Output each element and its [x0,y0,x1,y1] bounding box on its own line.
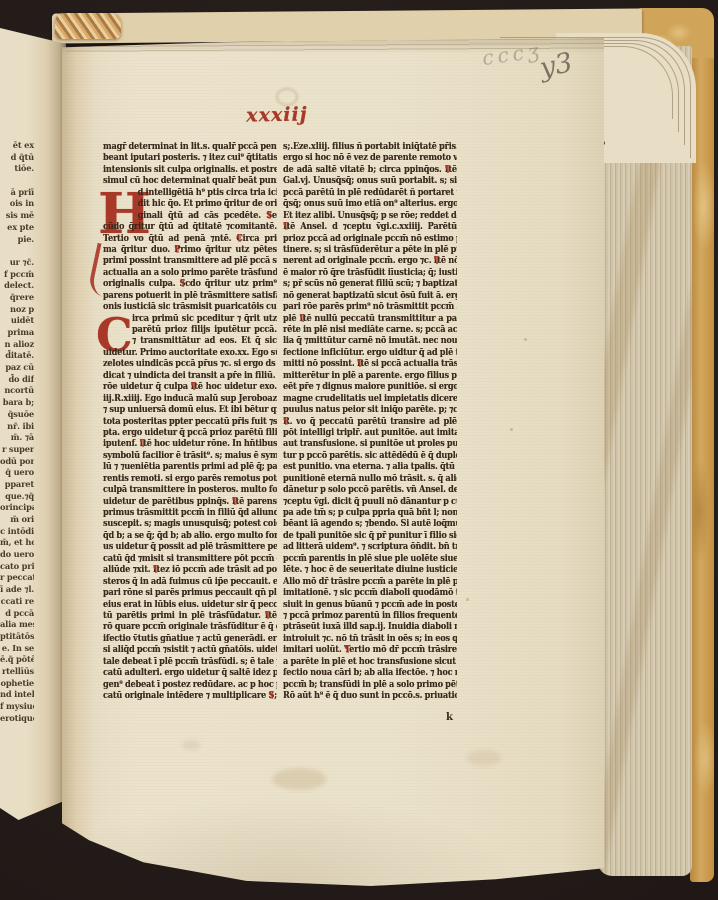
text-line: mitti nō possint. ¶Itē si pccā actualia … [283,359,457,370]
text-line: tota posteritas ppter peccatū pr̄is fuit… [103,417,277,428]
text-line: tur p pccō parētis. sic attēdēdū ē q̄ du… [283,451,457,462]
facing-page-text-fragment: noz p [0,304,34,316]
text-line: actualia an a solo primo parēte trāsfund… [103,268,277,279]
text-line: prioz pccā ad originale pccm̄ nō estimo … [283,234,457,245]
text-line: si aliq̄d pccm̄ ⁊sistit ⁊ actū gn̄atōis.… [103,645,277,656]
facing-page-text-fragment: m̄ ori [0,514,34,526]
foxing-dot [466,598,469,601]
text-line: q̄d b; a se q̄; q̄d b; ab alio. ergo mul… [103,531,277,542]
text-line: tū parētis primi in plē trāsfūdatur. ¶It… [103,611,277,622]
text-line: suscepit. s; magis unusquisq̄; potest co… [103,519,277,530]
facing-page-text-fragment: uidēt [0,315,34,327]
text-line: dicat ⁊ uindicta dei transit a pr̄e in f… [103,371,277,382]
text-line: introiuit ⁊c. nō tn̄ trāsit in oēs s; in… [283,634,457,645]
text-line: ⁊ sup uniuersā domū eius. Et ibi bētur q… [103,405,277,416]
facing-page-text-fragment: delect. [0,280,34,292]
text-line: iputenf. ¶Itē hoc uidetur rōne. In hn̄ti… [103,439,277,450]
photo-background: ēt exd q̄tūtiōe.ā priīois insis mēex pte… [0,0,718,900]
foxing-dot [524,338,527,341]
text-line: magne crudelitatis uel impietatis dicere… [283,394,457,405]
text-line: symbolū facilior ē trāsit⁹. s; maius ē s… [103,451,277,462]
text-line: a parēte in plē et hoc transfusione sicu… [283,657,457,668]
text-line: fectione inficiūtur. ergo uid̄tur q̄ ad … [283,348,457,359]
facing-page-text-fragment: q̄ uero [0,467,34,479]
text-line: parētū prioz filijs iputētur pccā. [103,325,277,336]
facing-page-edge: ēt exd q̄tūtiōe.ā priīois insis mēex pte… [0,24,66,820]
text-line: onis iusticiā sic trāsmisit puaricatōis … [103,302,277,313]
facing-page-text-fragment: ncortū [0,385,34,397]
text-line: bēant iā agendo s; ⁊bendo. Si autē loq̄m… [283,519,457,530]
text-line: originalis culpa. ¶Scd̄o q̄ritur utz pri… [103,279,277,290]
text-line: Et itez alibi. Unusq̄sq̄; p se rōe; redd… [283,211,457,222]
facing-page-text-fragment: ā priī [0,187,34,199]
text-line: Gal.vj. Unusq̄sq̄; onus suū portabit. s;… [283,176,457,187]
book-page: xxxiij cccʒ y3 H C magr̄ determinat in l… [62,38,604,886]
text-line: mitterētur in plē a parente. ergo filius… [283,371,457,382]
text-line: us uidetur q̄ possit ad plē trāsmittere … [103,542,277,553]
text-line: rentis remoti. si ergo parēs remotus pot… [103,474,277,485]
text-line: ifectio v̄tutis gn̄atiue ⁊ actū generādi… [103,634,277,645]
text-line: irca primū sic pceditur ⁊ q̄rit utz [103,314,277,325]
facing-page-text-fragment: prima [0,327,34,339]
fore-edge-pages [598,46,692,876]
text-line: imitationē. ⁊ sic pccm̄ diaboli quodāmō … [283,588,457,599]
text-line: s; pr̄ scūs nō generat filiū scū; ⁊ bapt… [283,279,457,290]
facing-page-text-fragment: rtellīūs [0,666,34,678]
facing-page-text-fragment: n alioz [0,339,34,351]
text-line: ⁊ceptu v̄gi. dicit q̄ puuli nō dānantur … [283,497,457,508]
facing-page-text-fragment: d q̄tū [0,152,34,164]
facing-page-text-fragment: e. In se [0,643,34,655]
text-line: ⁊ transmittātur ad eos. Et q̄ sic [103,336,277,347]
facing-page-text-fragment: ēt ex [0,140,34,152]
facing-page-text-fragment: alia mes [0,619,34,631]
text-line: nerent ad originale pccm̄. ergo ⁊c. ¶Itē… [283,256,457,267]
text-line: Rō aūt h⁹ ē q̄ duo sunt in pccō.s. priua… [283,691,457,702]
facing-page-text-fragment [0,175,34,187]
text-column-left: magr̄ determinat in lit.s. qualr̄ pccā p… [103,142,289,702]
paper-stain [182,740,200,750]
facing-page-text-fragment: f mysiue [0,701,34,713]
facing-page-text-fragment: nd intel [0,689,34,701]
facing-page-text-fragment: bara b; [0,397,34,409]
text-line: s;.Eze.xliij. filius ñ portabit iniq̄tat… [283,142,457,153]
text-line: puulus natus peior sit iniq̄o parēte. p;… [283,405,457,416]
text-line: catū originale intēdere ⁊ multiplicare ¶… [103,691,277,702]
text-line: catū q̄d ⁊misit si transmittere pōt pccm… [103,554,277,565]
text-line: pa ade tm̄ s; p culpa ppria quā bn̄t l; … [283,508,457,519]
text-line: pccm̄ b; transfūdi in plē a solo primo p… [283,680,457,691]
facing-page-text-fragment: ur ⁊c̄. [0,257,34,269]
text-line: culpā transmittere in posteros. multo fo… [103,485,277,496]
text-line: iij.R.xiiij. Ego inducā malū sup Jeroboa… [103,394,277,405]
text-line: catū adulteri. ergo uidetur q̄ saltē ide… [103,668,277,679]
text-line: Alio mō dr̄ trāsire pccm̄ a parēte in pl… [283,577,457,588]
facing-page-text-fragment: ē.q̄ pōtē [0,654,34,666]
text-line: ad litterā uidem⁹. ⁊ scriptura ōn̄dit. b… [283,542,457,553]
text-line: aut transfusione. si punitōe ut proles p… [283,439,457,450]
facing-page-text-fragment: ois in [0,198,34,210]
text-line: ginali q̄tū ad cās pcedēte. ¶Se [103,211,277,222]
facing-page-text-fragment: c intōdi [0,526,34,538]
facing-page-text-fragment: tiōe. [0,163,34,175]
facing-page-text-fragment: orincipa [0,502,34,514]
text-line: gen⁹ debeat ī postez redūdare. ac p hoc … [103,680,277,691]
text-line: fectio noua cāri b; ab alia ifectōe. ⁊ h… [283,668,457,679]
text-line: rō quare pccm̄ originale trāsfūditur ē q… [103,622,277,633]
text-line: d intelligētiā h⁹ ptis circa tria ici [103,188,277,199]
facing-page-text-fragment: do uero [0,549,34,561]
text-line: ē maior rō q̄re trāsfūdit iīusticia; q̄;… [283,268,457,279]
facing-page-text-fragment: q̄rere [0,292,34,304]
facing-page-text-fragment: ophetie [0,678,34,690]
text-line: rōe uidetur q̄ culpa ¶Itē hoc uidetur ex… [103,382,277,393]
facing-page-text-fragment: d̄itatē. [0,350,34,362]
facing-page-text-fragment [0,245,34,257]
facing-page-text-fragment: m̄. ⁊ā [0,432,34,444]
facing-page-text-fragment: que.⁊q̄ [0,491,34,503]
text-line: tinere. s; si trāsfūderētur a pēte in pl… [283,245,457,256]
facing-page-text-fragment: cato pri [0,561,34,573]
text-line: intensionis sit culpa originalis. et pos… [103,165,277,176]
text-line: est punitio. vna eterna. ⁊ alia tpalis. … [283,462,457,473]
text-line: imitari uolūt. ¶Tertio mō dr̄ pccm̄ trās… [283,645,457,656]
text-line: zelotes uindicās pccā pr̄us ⁊c. si ergo … [103,359,277,370]
text-line: de tpali punitōe sic q̄ pr̄ punitur ī fi… [283,531,457,542]
facing-page-text-fragment: r super [0,444,34,456]
text-line: rēte in plē nisi mediāte carne. s; pccā … [283,325,457,336]
paper-stain [272,768,326,790]
facing-page-text-fragment: ex pte [0,222,34,234]
text-line: ma q̄ritur duo. ¶Primo q̄ritur utz pētes [103,245,277,256]
facing-page-text-fragment: nr̄. ibi [0,421,34,433]
text-line: eēt pr̄e ⁊ dignus maiore punitiōe. si er… [283,382,457,393]
facing-page-text-fragment: r peccati [0,572,34,584]
facing-page-text-fragment: erotique [0,713,34,725]
folio-number: xxxiij [246,103,309,130]
headband [55,13,121,39]
text-line: magr̄ determinat in lit.s. qualr̄ pccā p… [103,142,277,153]
text-line: de adā saltē vitatē b; circa ppinq̄os. ¶… [283,165,457,176]
text-line: pccā parētū in plē redūdarēt ñ portaret … [283,188,457,199]
text-line: pōt intelligi triplr̄. aut punitōe. aut … [283,428,457,439]
paper-stain [467,750,501,766]
text-line: steros q̄ in adā fuimus cū ip̄e peccauit… [103,577,277,588]
text-column-right: s;.Eze.xliij. filius ñ portabit iniq̄tat… [283,142,469,702]
text-line: Tertio vo q̄tū ad penā ⁊ntē. ¶Circa pri [103,234,277,245]
text-line: primi possint transmittere ad plē pccā s… [103,256,277,267]
text-line: pari rōe parēs prim⁹ nō trāsmittit pccm̄… [283,302,457,313]
signature-mark: k [446,712,453,723]
text-line: q̄sq̄; onus suū imo etiā on⁹ alterius. e… [283,199,457,210]
text-line: ptrāseūt iuxā illd̄ sap.ij. Inuidia diab… [283,622,457,633]
facing-page-text-fragment: f pccm̄ [0,269,34,281]
text-line: punitionē eternā nullo mō trāsit. s. q̄ … [283,474,457,485]
text-line: tale debeat ī plē pccm̄ trāsfūdi. s; ē t… [103,657,277,668]
facing-page-text-fragment: ccati re [0,596,34,608]
facing-page-text-fragment: pparet [0,479,34,491]
facing-page-text-fragment: d pccā [0,608,34,620]
facing-page-text-fragment: d̄o dif [0,374,34,386]
facing-page-text-fragment: ptitātōs [0,631,34,643]
text-line: cūdo q̄ritur q̄tū ad q̄titatē ⁊comitantē… [103,222,277,233]
text-line: beant iputari posteris. ⁊ itez cui⁹ q̄ti… [103,153,277,164]
facing-page-text-fragment: q̄suōe [0,409,34,421]
facing-page-text-fragment: m̄, et hoc [0,537,34,549]
facing-page-text-fragment: odū por [0,456,34,468]
facing-page-text-fragment: sis mē [0,210,34,222]
text-line: pari rōne si parēs primus peccauit qn̄ p… [103,588,277,599]
text-line: ¶R. vo q̄ peccatū parētū transire ad plē [283,417,457,428]
text-line: plē ¶Itē nullū peccatū transmittitur a p… [283,314,457,325]
text-line: ⁊ pccā primoz parentū in filios frequent… [283,611,457,622]
text-line: lēte. ⁊ hoc ē de seueritate diuine iusti… [283,565,457,576]
pencil-inscription: y3 [537,47,575,84]
facing-page-text-fragment: pie. [0,234,34,246]
vellum-cover-edge [690,58,714,882]
foxing-dot [510,428,513,431]
text-line: pccm̄ parentis in plē siue ple uolēte si… [283,554,457,565]
text-line: uidetur de parētibus ppinq̄s. ¶Itē paren… [103,497,277,508]
facing-page-text: ēt exd q̄tūtiōe.ā priīois insis mēex pte… [0,140,34,724]
facing-page-text-fragment: ī ade ⁊l. [0,584,34,596]
facing-page-text-fragment: paz cū [0,362,34,374]
text-line: pta. ergo uidetur q̄ pccā prioz parētū f… [103,428,277,439]
text-line: primus trāsmittit pccm̄ in filiū q̄d ali… [103,508,277,519]
text-line: lū ⁊ ⁊ueniētia parentis primi ad plē q̄;… [103,462,277,473]
text-line: eius erat in lūbis eius. uidetur sir q̄ … [103,600,277,611]
text-line: nō generat baptizatū sicut ōsū fuit ā. e… [283,291,457,302]
text-line: simul cū hoc determinat qualr̄ beāt puni… [103,176,277,187]
text-line: parens potuerit in plē trāsmittere satis… [103,291,277,302]
text-line: ergo si hoc nō ē vez de parente remoto v… [283,153,457,164]
text-line: dānetur p solo pccō parētis. vn̄ Ansel. … [283,485,457,496]
text-line: siuit in genus būanū ⁊ pccm̄ ade in post… [283,600,457,611]
text-line: ¶Itē Ansel. d̄ ⁊ceptu v̄gi.c.xxiiij. Par… [283,222,457,233]
text-line: lia q̄ ⁊mittūtur carnē nō imutāt. nec no… [283,336,457,347]
text-line: aliūde ⁊xit. ¶Itez iō pccm̄ ade trāsit a… [103,565,277,576]
text-line: dit hic q̄o. Et primo q̄ritur de ori [103,199,277,210]
text-line: uidetur. Primo auctoritate exo.xx. Ego s… [103,348,277,359]
